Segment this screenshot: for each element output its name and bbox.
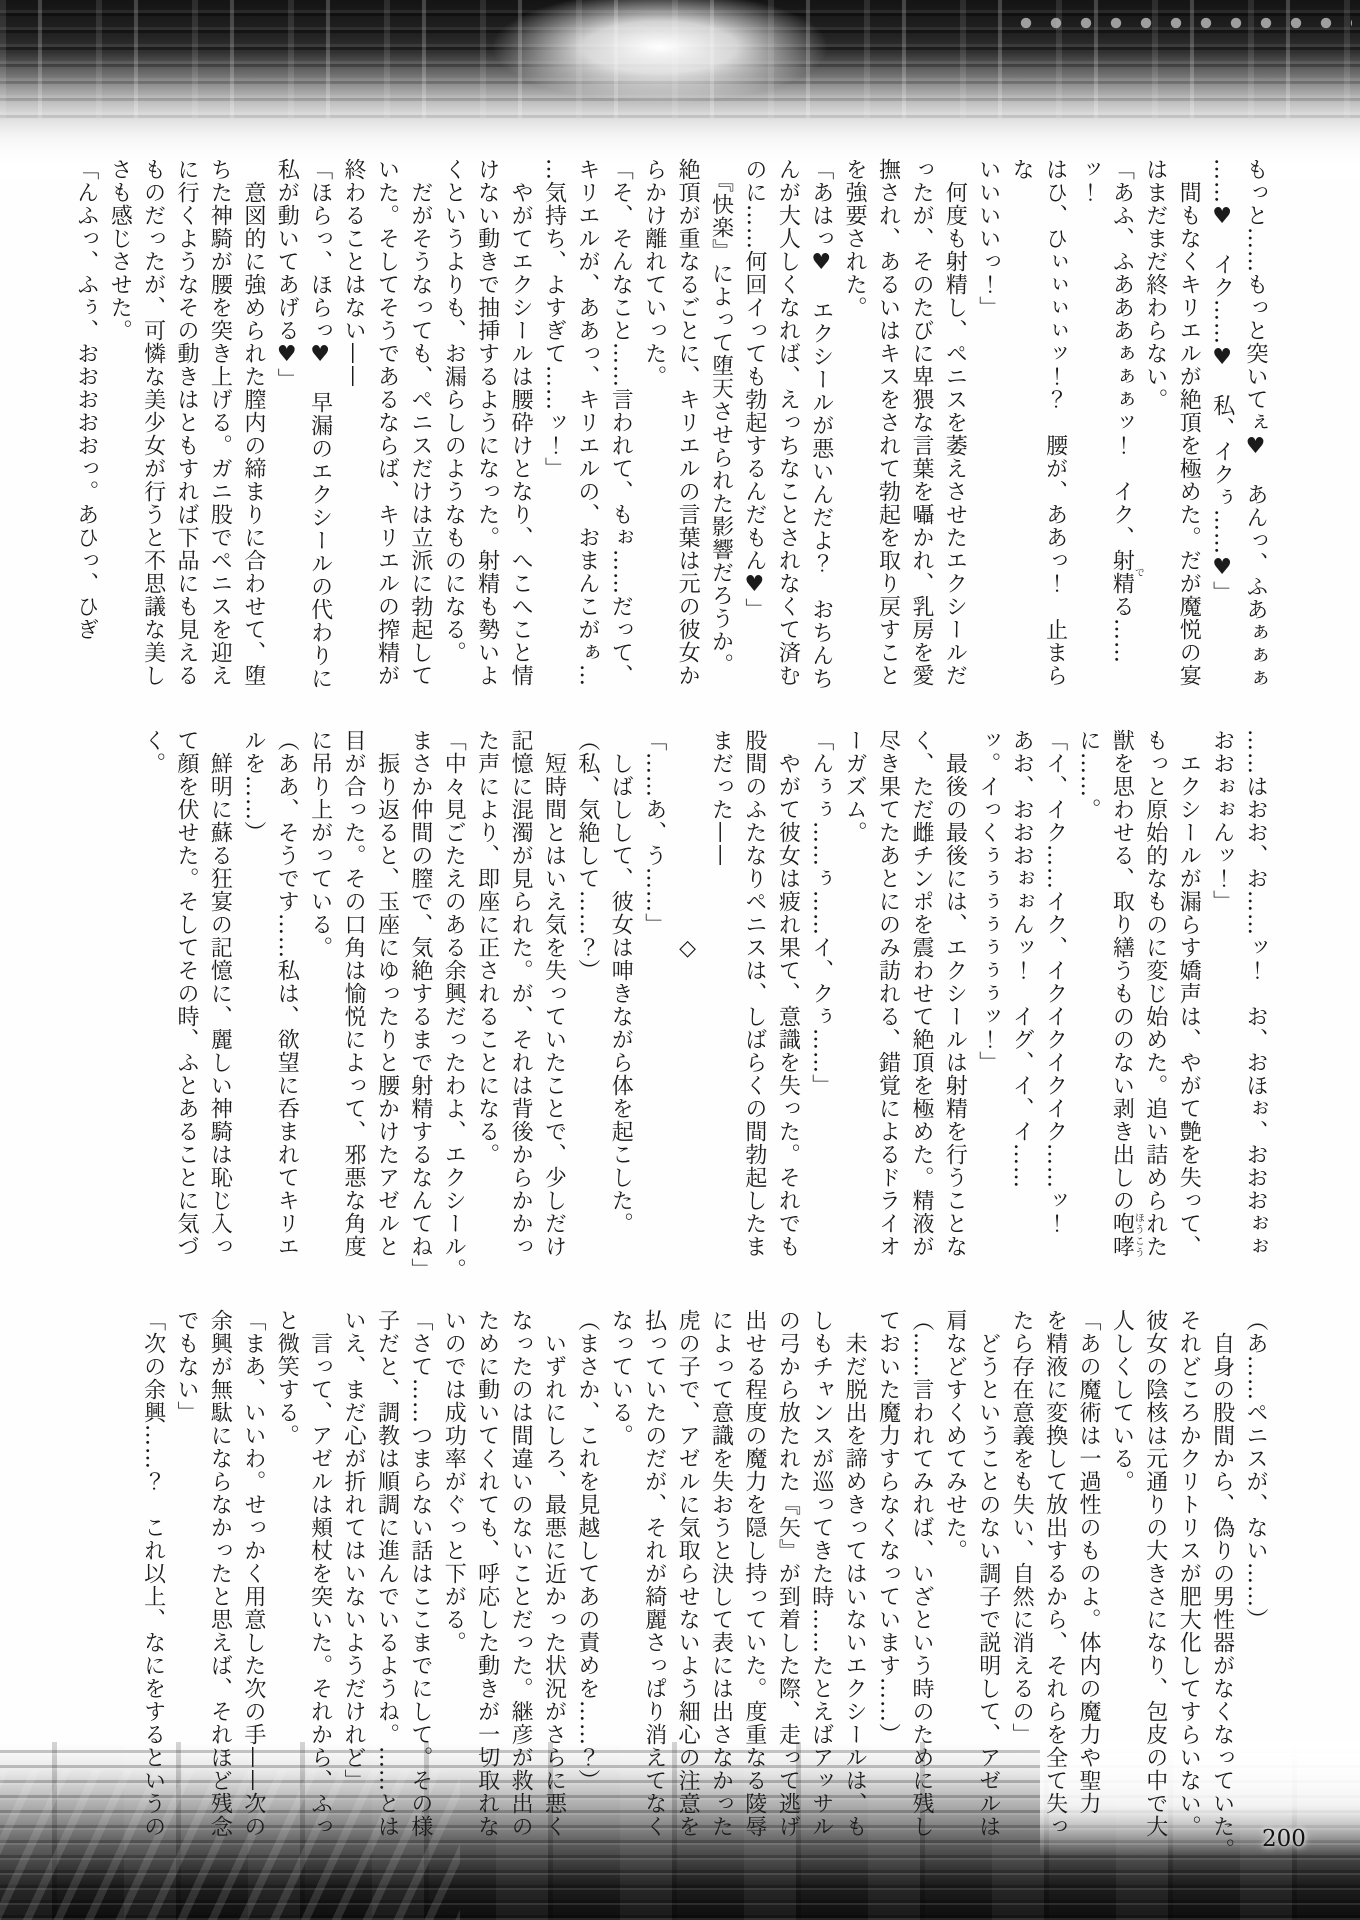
page-number: 200 (1262, 1826, 1306, 1852)
text-block-bottom: （あ……ペニスが、ない……） 自身の股間から、偽りの男性器がなくなっていた。 そ… (136, 1309, 1272, 1873)
novel-page: もっと……もっと突いてぇ♥ あんっ、ふあぁぁぁ ……♥ イク……♥ 私、イクぅ…… (0, 0, 1360, 1920)
circuit-dot-row (1012, 5, 1352, 41)
text-block-top: もっと……もっと突いてぇ♥ あんっ、ふあぁぁぁ ……♥ イク……♥ 私、イクぅ…… (69, 158, 1272, 706)
light-flare (420, 0, 900, 135)
top-circuit-border (0, 0, 1360, 178)
text-block-middle: ……はおお、お……ッ！ お、おほぉ、おおおぉぉ おおぉぉんッ！」 エクシールが漏… (136, 729, 1272, 1293)
